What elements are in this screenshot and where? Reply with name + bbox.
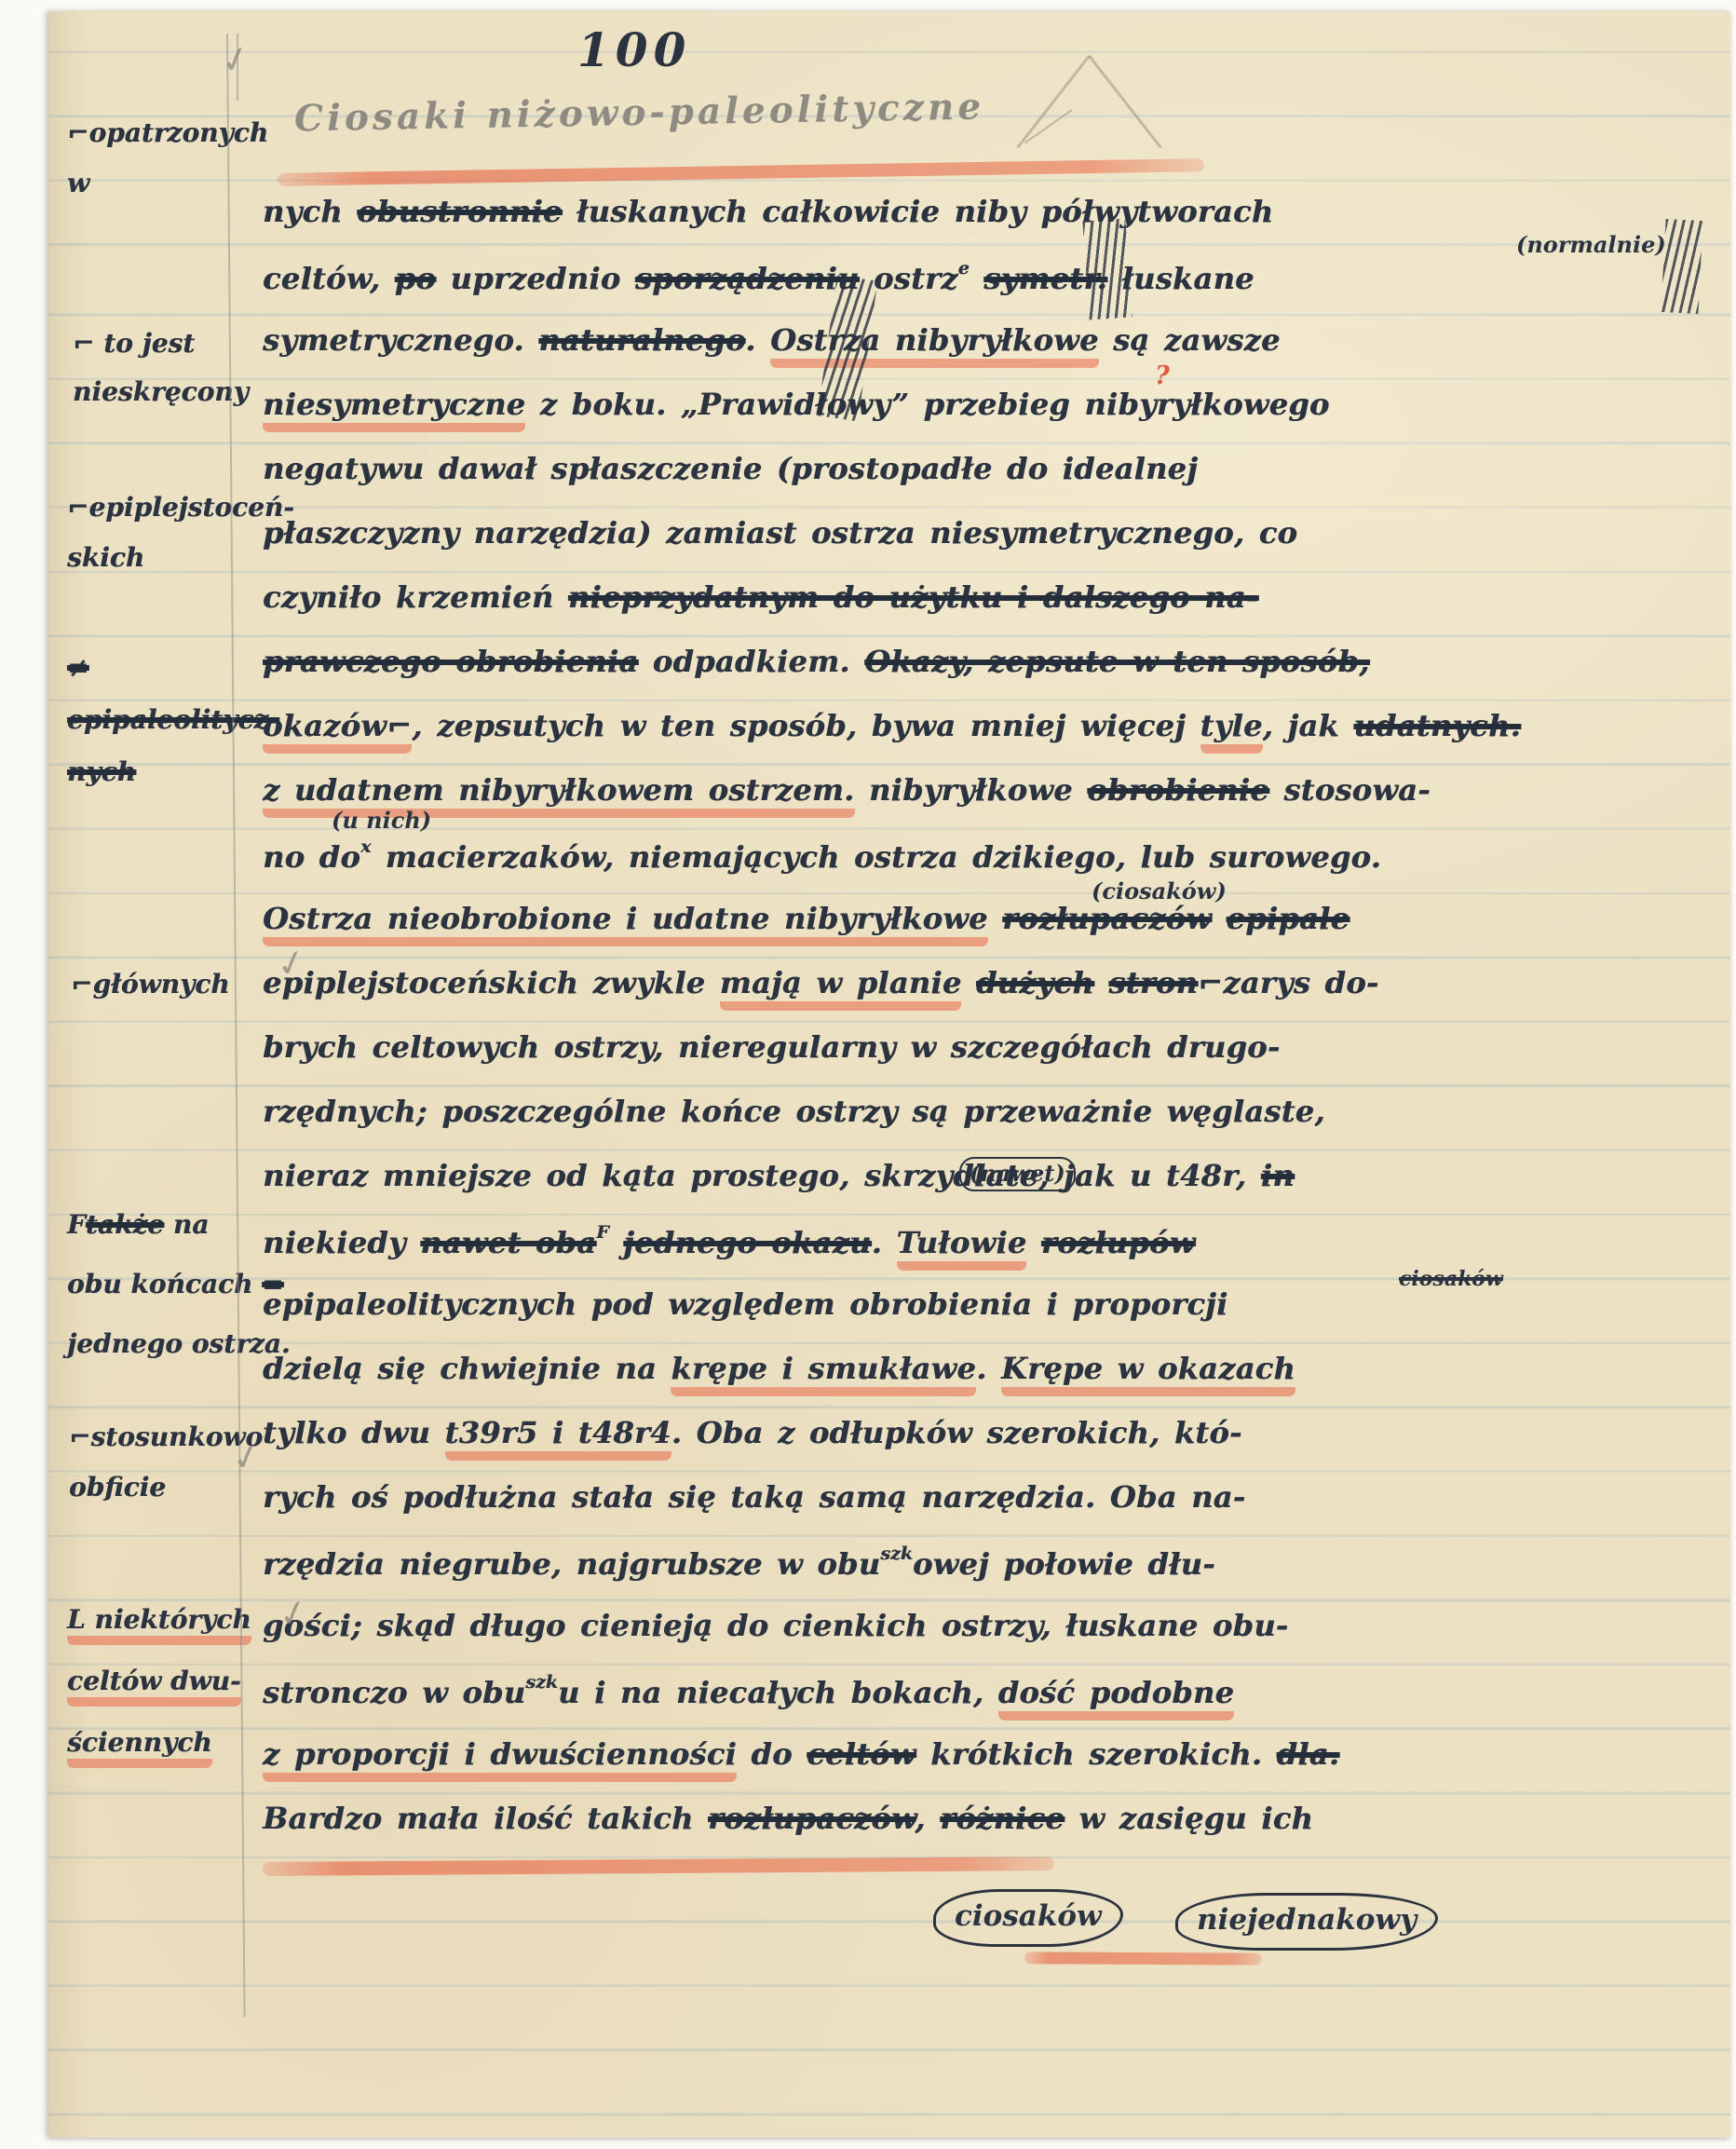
text-segment: Ostrza nibyryłkowe: [770, 322, 1099, 368]
text-segment: celtów dwu-: [67, 1666, 241, 1707]
body-line: no dox macierzaków, niemających ostrza d…: [263, 836, 1381, 875]
margin-note: ⌐opatrzonychw: [67, 117, 268, 218]
text-segment: nych: [263, 194, 357, 229]
text-segment: naturalnego: [538, 322, 745, 358]
margin-note: ⌐epiplejstoceń-skich: [67, 492, 294, 592]
text-segment: symetrycznego.: [263, 322, 538, 358]
text-segment: udatnych.: [1353, 708, 1521, 743]
pencil-line: [237, 34, 238, 101]
text-segment: szk: [525, 1672, 558, 1693]
text-segment: dość podobne: [998, 1675, 1234, 1721]
text-segment: stronczo w obu: [263, 1675, 525, 1710]
margin-note: ⌐głównych: [71, 969, 230, 1019]
body-line: rych oś podłużna stała się taką samą nar…: [263, 1479, 1245, 1515]
manuscript-scan: 100 Ciosaki niżowo-paleolityczne nych ob…: [0, 0, 1736, 2149]
text-segment: ≠: [67, 652, 88, 683]
text-segment: rozłupaczów: [1002, 901, 1212, 936]
text-segment: okazów⌐: [263, 708, 412, 754]
text-segment: stron: [1108, 965, 1198, 1000]
text-segment: epiplejstoceńskich zwykle: [263, 965, 720, 1000]
body-line: okazów⌐, zepsutych w ten sposób, bywa mn…: [263, 708, 1521, 743]
text-segment: epipaleolitycznych pod względem obrobien…: [263, 1286, 1228, 1322]
text-segment: [1212, 901, 1226, 936]
text-segment: tyle: [1200, 708, 1263, 754]
margin-note-line: obficie: [69, 1472, 263, 1522]
text-segment: F: [596, 1222, 609, 1243]
body-line: epipaleolitycznych pod względem obrobien…: [263, 1286, 1228, 1322]
text-segment: Tułowie: [897, 1225, 1027, 1271]
text-segment: ⌐epiplejstoceń-: [67, 492, 294, 523]
text-segment: rych oś podłużna stała się taką samą nar…: [263, 1479, 1245, 1515]
text-segment: w zasięgu ich: [1065, 1801, 1313, 1836]
text-segment: negatywu dawał spłaszczenie (prostopadłe…: [263, 451, 1198, 486]
circled-word: ciosaków: [933, 1889, 1123, 1947]
text-segment: nych: [67, 756, 136, 787]
text-segment: Krępe w okazach: [1001, 1351, 1295, 1396]
text-segment: dla.: [1277, 1736, 1340, 1772]
ink-annotation: ciosaków: [1399, 1267, 1503, 1291]
text-segment: rzędnych; poszczególne końce ostrzy są p…: [263, 1094, 1325, 1129]
text-segment: krępe i smukławe: [671, 1351, 976, 1396]
text-segment: z boku. „Prawidłowy” przebieg nibyryłkow…: [525, 387, 1329, 422]
body-line: symetrycznego. naturalnego. Ostrza nibyr…: [263, 322, 1281, 358]
text-segment: prawczego obrobienia: [263, 644, 638, 679]
text-segment: gości; skąd długo cienieją do cienkich o…: [263, 1608, 1288, 1643]
margin-note-line: obu końcach =: [67, 1269, 291, 1328]
text-segment: celtów: [807, 1736, 915, 1772]
text-segment: .: [872, 1225, 897, 1260]
text-segment: ⌐opatrzonych: [67, 117, 268, 148]
red-crayon-stroke: [1024, 1952, 1262, 1965]
ink-annotation: (normalnie): [1516, 231, 1666, 258]
body-line: Bardzo mała ilość takich rozłupaczów, ró…: [263, 1801, 1313, 1836]
text-segment: L niektórych: [67, 1604, 251, 1645]
text-segment: Bardzo mała ilość takich: [263, 1801, 708, 1836]
text-segment: [609, 1225, 623, 1260]
margin-note: L niektórychceltów dwu-ściennych: [67, 1604, 251, 1789]
text-segment: dzielą się chwiejnie na: [263, 1351, 671, 1386]
margin-note-line: nieskręcony: [73, 376, 249, 425]
text-segment: w: [67, 168, 89, 198]
text-segment: skich: [67, 542, 144, 573]
text-segment: mają w planie: [720, 965, 962, 1011]
text-segment: u i na niecałych bokach,: [558, 1675, 998, 1710]
ink-annotation: (u nich): [332, 807, 431, 834]
text-segment: stosowa-: [1269, 772, 1431, 808]
ink-annotation: (nawet): [959, 1157, 1076, 1191]
text-segment: po: [395, 261, 436, 296]
text-segment: rzędzia niegrube, najgrubsze w obu: [263, 1546, 880, 1582]
margin-note-line: ściennych: [67, 1727, 251, 1789]
margin-note-line: nych: [67, 756, 279, 809]
text-segment: obficie: [69, 1472, 166, 1503]
text-segment: ⌐ to jest: [73, 328, 195, 359]
text-segment: płaszczyzny narzędzia) zamiast ostrza ni…: [263, 515, 1297, 551]
text-segment: e: [958, 258, 970, 279]
text-segment: rozłupów: [1041, 1225, 1196, 1260]
body-line: rzędzia niegrube, najgrubsze w obuszkowe…: [263, 1544, 1215, 1582]
text-segment: [1026, 1225, 1040, 1260]
text-segment: no do: [263, 839, 360, 875]
text-segment: tylko dwu: [263, 1415, 445, 1450]
circled-word: niejednakowy: [1175, 1893, 1438, 1951]
margin-note: ⌐ to jestnieskręcony: [73, 328, 249, 425]
margin-note-line: ⌐opatrzonych: [67, 117, 268, 168]
body-line: niekiedy nawet obaF jednego okazu. Tułow…: [263, 1222, 1196, 1260]
text-segment: rozłupaczów: [708, 1801, 915, 1836]
text-segment: jednego okazu: [623, 1225, 871, 1260]
text-segment: , jak: [1263, 708, 1354, 743]
text-segment: różnice: [940, 1801, 1065, 1836]
margin-note-line: jednego ostrza.: [67, 1328, 291, 1388]
text-segment: czyniło krzemień: [263, 579, 568, 615]
text-segment: t39r5 i t48r4: [445, 1415, 671, 1461]
text-segment: obrobienie: [1087, 772, 1269, 808]
margin-note-line: ⌐ to jest: [73, 328, 249, 376]
body-line: prawczego obrobienia odpadkiem. Okazy, z…: [263, 644, 1370, 679]
margin-note-line: celtów dwu-: [67, 1666, 251, 1727]
ink-scribble: [1661, 219, 1702, 314]
text-segment: in: [1261, 1158, 1295, 1193]
margin-note-line: ⌐epiplejstoceń-: [67, 492, 294, 542]
body-line: z proporcji i dwuścienności do celtów kr…: [263, 1736, 1339, 1772]
body-line: rzędnych; poszczególne końce ostrzy są p…: [263, 1094, 1325, 1129]
text-segment: nieskręcony: [73, 376, 249, 407]
text-segment: krótkich szerokich.: [916, 1736, 1277, 1772]
body-line: płaszczyzny narzędzia) zamiast ostrza ni…: [263, 515, 1297, 551]
page-number: 100: [577, 22, 691, 77]
text-segment: owej połowie dłu-: [913, 1546, 1215, 1582]
text-segment: odpadkiem.: [638, 644, 864, 679]
text-segment: celtów,: [263, 261, 395, 296]
text-segment: nieprzydatnym do użytku i dalszego na-: [568, 579, 1258, 615]
text-segment: nibyryłkowe: [855, 772, 1088, 808]
text-segment: Okazy, zepsute w ten sposób,: [864, 644, 1369, 679]
text-segment: F: [67, 1209, 86, 1240]
ink-annotation: ?: [1155, 361, 1170, 390]
text-segment: są zawsze: [1099, 322, 1281, 358]
text-segment: do: [737, 1736, 807, 1772]
text-segment: ściennych: [67, 1727, 212, 1768]
body-line: dzielą się chwiejnie na krępe i smukławe…: [263, 1351, 1295, 1386]
body-line: epiplejstoceńskich zwykle mają w planie …: [263, 965, 1378, 1000]
body-line: czyniło krzemień nieprzydatnym do użytku…: [263, 579, 1258, 615]
text-segment: łuskanych całkowicie niby półwytworach: [563, 194, 1274, 229]
text-segment: sporządzeniu: [635, 261, 860, 296]
body-line: brych celtowych ostrzy, nieregularny w s…: [263, 1029, 1280, 1065]
body-line: stronczo w obuszku i na niecałych bokach…: [263, 1672, 1234, 1710]
text-segment: macierzaków, niemających ostrza dzikiego…: [371, 839, 1381, 875]
text-segment: niesymetryczne: [263, 387, 525, 432]
text-segment: Ostrza nieobrobione i udatne nibyryłkowe: [263, 901, 988, 946]
margin-note-line: skich: [67, 542, 294, 592]
text-segment: z proporcji i dwuścienności: [263, 1736, 737, 1782]
text-segment: epipale: [1227, 901, 1350, 936]
margin-note-line: w: [67, 168, 268, 218]
margin-note: ≠epipaleolitycz-nych: [67, 652, 279, 809]
margin-note-line: ⌐głównych: [71, 969, 230, 1019]
text-segment: brych celtowych ostrzy, nieregularny w s…: [263, 1029, 1280, 1065]
text-segment: [961, 965, 975, 1000]
text-segment: .: [745, 322, 770, 358]
text-segment: ⌐zarys do-: [1198, 965, 1378, 1000]
text-segment: ,: [915, 1801, 940, 1836]
text-segment: x: [360, 836, 371, 857]
text-segment: epipaleolitycz-: [67, 704, 279, 735]
text-segment: obustronnie: [357, 194, 562, 229]
ink-annotation: (ciosaków): [1092, 877, 1227, 904]
body-line: negatywu dawał spłaszczenie (prostopadłe…: [263, 451, 1198, 486]
text-segment: =: [262, 1269, 283, 1299]
text-segment: na: [164, 1209, 209, 1240]
text-segment: szk: [880, 1544, 913, 1564]
body-line: niesymetryczne z boku. „Prawidłowy” prze…: [263, 387, 1330, 422]
margin-note-line: L niektórych: [67, 1604, 251, 1666]
text-segment: ⌐głównych: [71, 969, 230, 1000]
text-segment: . Oba z odłupków szerokich, któ-: [671, 1415, 1242, 1450]
margin-note-line: ≠: [67, 652, 279, 704]
text-segment: nieraz mniejsze od kąta prostego, skrzyd…: [263, 1158, 1261, 1193]
text-segment: [988, 901, 1002, 936]
body-line: gości; skąd długo cienieją do cienkich o…: [263, 1608, 1288, 1643]
text-segment: uprzednio: [436, 261, 635, 296]
ink-scribble: [1082, 219, 1132, 320]
body-line: z udatnem nibyryłkowem ostrzem. nibyryłk…: [263, 772, 1431, 808]
margin-note: Ftakże naobu końcach =jednego ostrza.: [67, 1209, 291, 1388]
text-segment: [970, 261, 983, 296]
text-segment: [1094, 965, 1108, 1000]
margin-note-line: epipaleolitycz-: [67, 704, 279, 756]
text-segment: nawet oba: [420, 1225, 596, 1260]
text-segment: dużych: [976, 965, 1094, 1000]
margin-note: ⌐stosunkowoobficie: [69, 1421, 263, 1522]
text-segment: .: [976, 1351, 1001, 1386]
text-segment: obu końcach: [67, 1269, 262, 1299]
body-line: tylko dwu t39r5 i t48r4. Oba z odłupków …: [263, 1415, 1242, 1450]
body-line: Ostrza nieobrobione i udatne nibyryłkowe…: [263, 901, 1349, 936]
text-segment: , zepsutych w ten sposób, bywa mniej wię…: [412, 708, 1200, 743]
body-line: nieraz mniejsze od kąta prostego, skrzyd…: [263, 1158, 1295, 1193]
text-segment: jednego ostrza.: [67, 1328, 291, 1359]
text-segment: także: [86, 1209, 164, 1240]
margin-note-line: Ftakże na: [67, 1209, 291, 1269]
